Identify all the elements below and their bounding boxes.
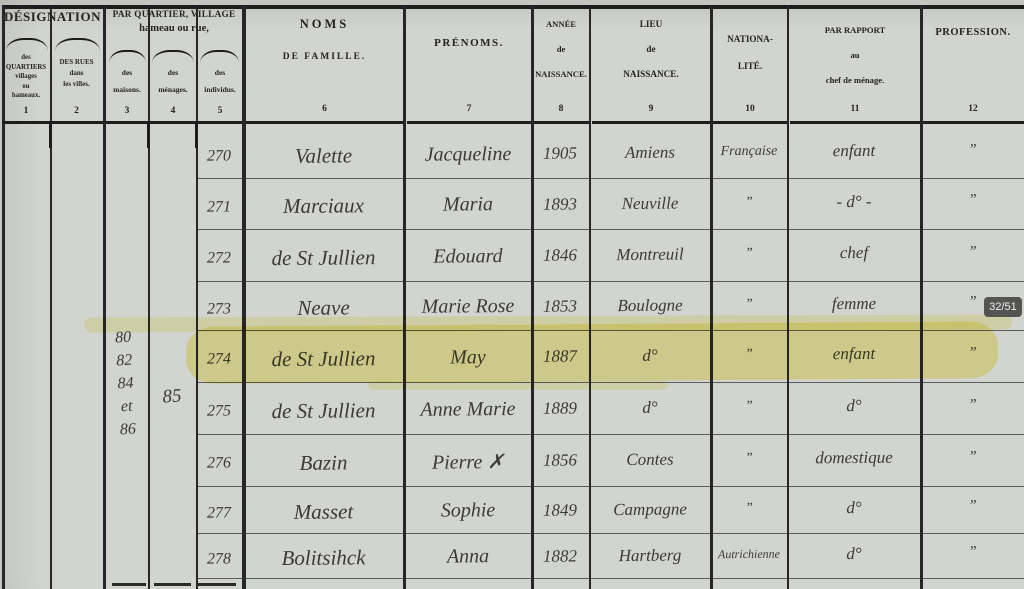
header-col2-label: DES RUES dans les villes.	[51, 57, 102, 90]
cell-profession: ”	[923, 380, 1022, 431]
header-rule	[923, 121, 1024, 124]
table-row: 276 Bazin Pierre ✗ 1856 Contes ” domesti…	[0, 432, 1024, 491]
table-row: 273 Neave Marie Rose 1853 Boulogne ” fem…	[0, 279, 1024, 335]
row-number: 276	[198, 438, 240, 488]
cell-famille: Marciaux	[246, 181, 401, 231]
row-number: 275	[198, 386, 240, 436]
cell-rapport: chef	[790, 227, 918, 278]
cell-prenoms: May	[407, 332, 529, 383]
header-noms: NOMS	[246, 17, 403, 32]
header-rule	[246, 121, 403, 124]
table-row: 277 Masset Sophie 1849 Campagne ” d° ”	[0, 484, 1024, 538]
header-rule	[106, 121, 148, 124]
header-rule	[407, 121, 531, 124]
cell-annee: 1905	[533, 129, 587, 177]
cell-lieu: d°	[592, 382, 708, 433]
header-quartier-line2: hameau ou rue,	[106, 23, 242, 34]
cell-annee: 1849	[533, 487, 587, 532]
cell-nationalite: ”	[713, 178, 785, 228]
header-brace	[6, 38, 48, 51]
header-col4-label: des ménages.	[150, 64, 196, 98]
cell-famille: de St Jullien	[246, 385, 401, 436]
header-lieu-naissance: LIEU de NAISSANCE.	[592, 12, 710, 87]
header-rule	[198, 121, 242, 124]
cell-nationalite: ”	[713, 229, 785, 280]
cell-rapport: - d° -	[790, 176, 918, 226]
col-number-11: 11	[790, 104, 920, 114]
row-number: 277	[198, 490, 240, 535]
cell-profession: ”	[923, 126, 1022, 175]
row-number: 272	[198, 233, 240, 283]
row-number: 270	[198, 132, 240, 180]
cell-nationalite: Française	[713, 128, 785, 177]
col-number-8: 8	[533, 104, 589, 114]
header-annee-naissance: ANNÉE de NAISSANCE.	[533, 12, 589, 87]
col-number-4: 4	[150, 106, 196, 116]
cell-rapport: d°	[790, 484, 918, 530]
cell-lieu: Campagne	[592, 486, 708, 532]
cell-famille: Bolitsihck	[246, 536, 401, 580]
cell-famille: de St Jullien	[246, 333, 401, 384]
cell-lieu: d°	[592, 330, 708, 381]
header-brace	[152, 50, 194, 63]
cell-nationalite: ”	[713, 330, 785, 381]
cell-prenoms: Sophie	[407, 488, 529, 534]
cell-annee: 1882	[533, 534, 587, 577]
cell-lieu: Boulogne	[592, 281, 708, 329]
cell-nationalite: Autrichienne	[713, 533, 785, 577]
cell-rapport: femme	[790, 279, 918, 327]
cell-profession: ”	[923, 531, 1022, 575]
cell-nationalite: ”	[713, 281, 785, 329]
cell-lieu: Neuville	[592, 178, 708, 228]
cell-nationalite: ”	[713, 434, 785, 485]
col-number-9: 9	[592, 104, 710, 114]
cell-famille: Neave	[246, 284, 401, 332]
cell-prenoms: Anna	[407, 535, 529, 579]
col-number-1: 1	[3, 106, 49, 116]
cell-prenoms: Edouard	[407, 231, 529, 282]
header-rule	[150, 121, 196, 124]
cell-famille: Bazin	[246, 437, 401, 488]
cell-annee: 1856	[533, 435, 587, 485]
cell-profession: ”	[923, 176, 1022, 226]
table-row: 278 Bolitsihck Anna 1882 Hartberg Autric…	[0, 531, 1024, 583]
cell-lieu: Montreuil	[592, 229, 708, 280]
cell-lieu: Hartberg	[592, 533, 708, 577]
cell-famille: Valette	[246, 131, 401, 180]
header-profession: PROFESSION.	[923, 27, 1023, 38]
cell-annee: 1887	[533, 331, 587, 381]
col-number-2: 2	[51, 106, 102, 116]
cell-prenoms: Anne Marie	[407, 384, 529, 435]
header-designation: DÉSIGNATION	[2, 9, 103, 25]
table-row-highlighted: 274 de St Jullien May 1887 d° ” enfant ”	[0, 328, 1024, 387]
table-row: 271 Marciaux Maria 1893 Neuville ” - d° …	[0, 176, 1024, 234]
header-col5-label: des individus.	[198, 64, 242, 98]
header-rule	[2, 121, 50, 124]
header-col1-label: des QUARTIERS villages ou hameaux.	[3, 53, 49, 101]
cell-rapport: enfant	[790, 328, 918, 379]
row-number: 273	[198, 285, 240, 332]
header-brace	[200, 50, 239, 63]
header-de-famille: DE FAMILLE.	[246, 52, 403, 62]
cell-profession: ”	[923, 484, 1022, 530]
header-quartier-line1: PAR QUARTIER, VILLAGE	[106, 9, 242, 19]
cell-lieu: Contes	[592, 434, 708, 485]
header-rule	[713, 121, 787, 124]
cell-nationalite: ”	[713, 382, 785, 433]
header-par-rapport: PAR RAPPORT au chef de ménage.	[790, 18, 920, 93]
col-number-10: 10	[713, 104, 787, 114]
cell-prenoms: Maria	[407, 180, 529, 230]
cell-annee: 1853	[533, 282, 587, 329]
cell-rapport: enfant	[790, 126, 918, 175]
col-number-7: 7	[407, 104, 531, 114]
cell-annee: 1846	[533, 230, 587, 280]
table-top-frame	[2, 5, 1024, 9]
cell-profession: ”	[923, 328, 1022, 379]
cell-famille: de St Jullien	[246, 232, 401, 283]
cell-prenoms: Pierre ✗	[407, 436, 529, 487]
cell-prenoms: Jacqueline	[407, 130, 529, 179]
header-rule	[534, 121, 589, 124]
margin-dash	[198, 583, 236, 586]
table-row: 275 de St Jullien Anne Marie 1889 d° ” d…	[0, 380, 1024, 439]
cell-rapport: d°	[790, 531, 918, 575]
row-number: 278	[198, 537, 240, 580]
cell-prenoms: Marie Rose	[407, 283, 529, 331]
margin-dash	[112, 583, 146, 586]
col-number-6: 6	[246, 104, 403, 114]
col-number-3: 3	[106, 106, 148, 116]
census-register-scan[interactable]: DÉSIGNATION des QUARTIERS villages ou ha…	[0, 0, 1024, 589]
cell-lieu: Amiens	[592, 128, 708, 177]
margin-dash	[154, 583, 191, 586]
header-rule	[592, 121, 710, 124]
col-number-12: 12	[923, 104, 1023, 114]
row-number: 271	[198, 182, 240, 231]
col-number-5: 5	[198, 106, 242, 116]
header-nationalite: NATIONA- LITÉ.	[713, 26, 787, 80]
cell-profession: ”	[923, 227, 1022, 278]
header-prenoms: PRÉNOMS.	[407, 37, 531, 49]
header-brace	[55, 38, 100, 51]
header-rule	[52, 121, 103, 124]
table-row: 270 Valette Jacqueline 1905 Amiens Franç…	[0, 126, 1024, 183]
cell-famille: Masset	[246, 489, 401, 535]
header-brace	[109, 50, 146, 63]
cell-nationalite: ”	[713, 486, 785, 532]
cell-rapport: d°	[790, 380, 918, 431]
header-col3-label: des maisons.	[106, 64, 148, 98]
table-row: 272 de St Jullien Edouard 1846 Montreuil…	[0, 227, 1024, 286]
cell-annee: 1893	[533, 179, 587, 228]
cell-annee: 1889	[533, 383, 587, 433]
page-indicator-badge: 32/51	[984, 297, 1022, 317]
cell-profession: ”	[923, 432, 1022, 483]
cell-rapport: domestique	[790, 432, 918, 483]
row-number: 274	[198, 334, 240, 384]
header-rule	[790, 121, 920, 124]
